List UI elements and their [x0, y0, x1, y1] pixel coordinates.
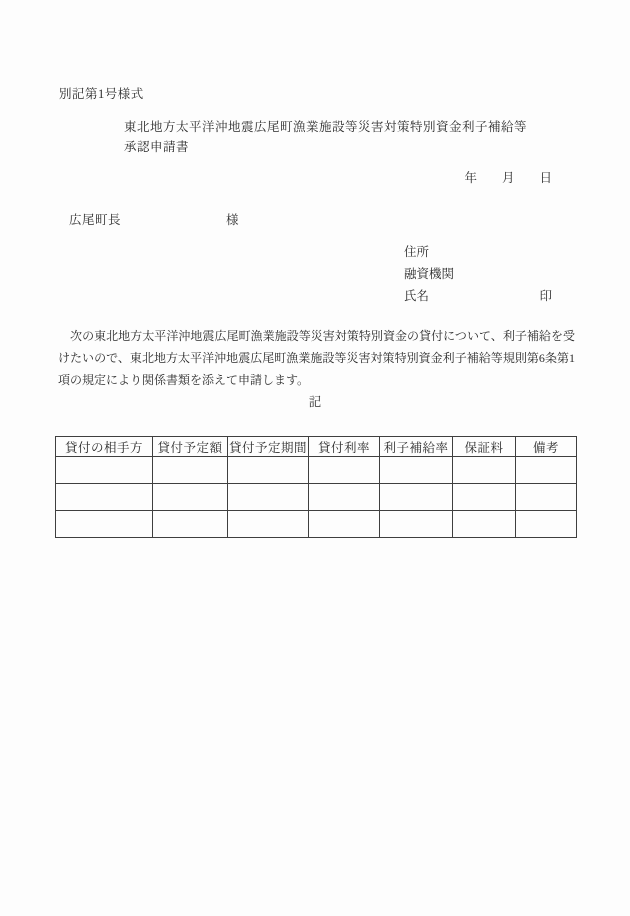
applicant-name-label: 氏名: [404, 285, 429, 307]
applicant-institution-label: 融資機関: [404, 263, 552, 285]
loan-table: 貸付の相手方 貸付予定額 貸付予定期間 貸付利率 利子補給率 保証料 備考: [55, 436, 577, 538]
table-cell: [153, 511, 228, 538]
table-cell: [516, 484, 577, 511]
table-header-row: 貸付の相手方 貸付予定額 貸付予定期間 貸付利率 利子補給率 保証料 備考: [56, 437, 577, 457]
table-cell: [56, 511, 153, 538]
table-header-interest-subsidy-rate: 利子補給率: [380, 437, 453, 457]
table-cell: [453, 457, 516, 484]
table-header-planned-loan-amount: 貸付予定額: [153, 437, 228, 457]
table-cell: [153, 484, 228, 511]
table-cell: [453, 511, 516, 538]
table-cell: [56, 457, 153, 484]
table-cell: [309, 484, 380, 511]
body-paragraph: 次の東北地方太平洋沖地震広尾町漁業施設等災害対策特別資金の貸付について、利子補給…: [58, 325, 575, 391]
table-cell: [380, 484, 453, 511]
table-row: [56, 511, 577, 538]
table-cell: [309, 457, 380, 484]
addressee-name: 広尾町長: [69, 210, 121, 228]
document-title-line-1: 東北地方太平洋沖地震広尾町漁業施設等災害対策特別資金利子補給等: [124, 117, 527, 137]
addressee-honorific: 様: [226, 210, 239, 228]
applicant-name-line: 氏名 印: [404, 285, 552, 307]
table-header-guarantee-fee: 保証料: [453, 437, 516, 457]
table-cell: [56, 484, 153, 511]
table-cell: [516, 511, 577, 538]
document-page: 別記第1号様式 東北地方太平洋沖地震広尾町漁業施設等災害対策特別資金利子補給等 …: [0, 0, 630, 916]
document-title: 東北地方太平洋沖地震広尾町漁業施設等災害対策特別資金利子補給等 承認申請書: [124, 117, 527, 157]
applicant-address-label: 住所: [404, 241, 552, 263]
table-cell: [380, 457, 453, 484]
table-cell: [309, 511, 380, 538]
table-cell: [153, 457, 228, 484]
table-cell: [228, 511, 309, 538]
applicant-block: 住所 融資機関 氏名 印: [404, 241, 552, 307]
table-cell: [228, 484, 309, 511]
seal-label: 印: [539, 285, 552, 307]
table-header-remarks: 備考: [516, 437, 577, 457]
table-cell: [516, 457, 577, 484]
table-header-loan-interest-rate: 貸付利率: [309, 437, 380, 457]
date-line: 年 月 日: [464, 168, 552, 186]
form-number: 別記第1号様式: [59, 84, 144, 102]
table-row: [56, 457, 577, 484]
table-header-loan-counterparty: 貸付の相手方: [56, 437, 153, 457]
table-cell: [228, 457, 309, 484]
table-cell: [380, 511, 453, 538]
table-row: [56, 484, 577, 511]
document-title-line-2: 承認申請書: [124, 137, 527, 157]
table-header-planned-loan-period: 貸付予定期間: [228, 437, 309, 457]
record-heading: 記: [0, 392, 630, 410]
table-cell: [453, 484, 516, 511]
